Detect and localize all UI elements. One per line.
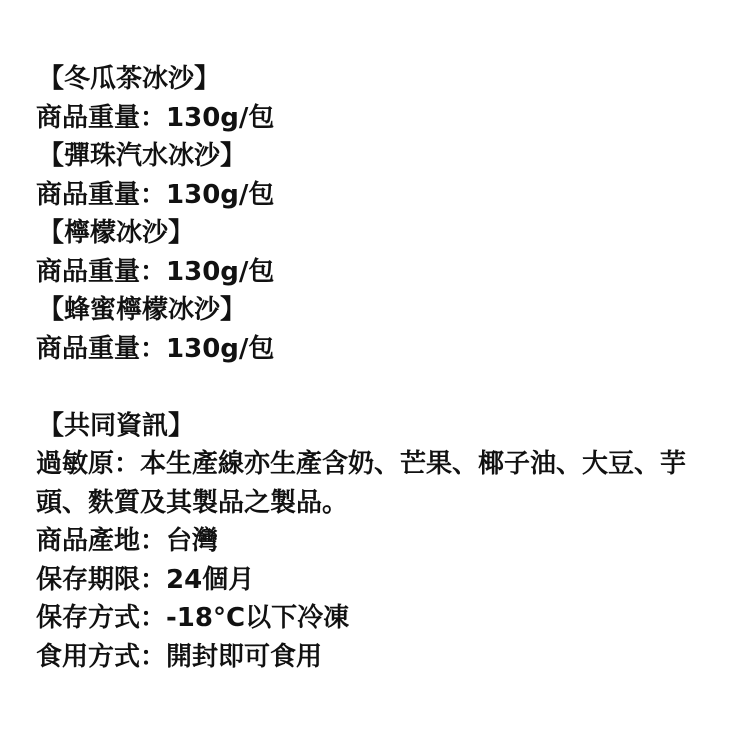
weight-value: 130g/包 (166, 180, 274, 210)
origin-info: 商品產地：台灣 (36, 522, 716, 561)
storage-info: 保存方式：-18°C以下冷凍 (36, 599, 716, 638)
weight-value: 130g/包 (166, 257, 274, 287)
product-weight: 商品重量：130g/包 (36, 99, 716, 138)
weight-value: 130g/包 (166, 103, 274, 133)
product-block-lemon: 【檸檬冰沙】 商品重量：130g/包 (36, 214, 716, 291)
shelf-life-info: 保存期限：24個月 (36, 561, 716, 600)
common-info-section: 【共同資訊】 過敏原：本生產線亦生產含奶、芒果、椰子油、大豆、芋頭、麩質及其製品… (36, 407, 716, 677)
usage-info: 食用方式：開封即可食用 (36, 638, 716, 677)
shelf-life-label: 保存期限： (36, 565, 166, 595)
origin-value: 台灣 (166, 526, 218, 556)
weight-value: 130g/包 (166, 334, 274, 364)
product-name: 【彈珠汽水冰沙】 (38, 137, 716, 176)
common-info-heading: 【共同資訊】 (38, 407, 716, 446)
storage-label: 保存方式： (36, 603, 166, 633)
weight-label: 商品重量： (36, 180, 166, 210)
product-name: 【蜂蜜檸檬冰沙】 (38, 291, 716, 330)
allergen-label: 過敏原： (36, 449, 140, 479)
weight-label: 商品重量： (36, 103, 166, 133)
storage-value: -18°C以下冷凍 (166, 603, 349, 633)
shelf-life-value: 24個月 (166, 565, 254, 595)
product-block-winter-melon: 【冬瓜茶冰沙】 商品重量：130g/包 (36, 60, 716, 137)
product-weight: 商品重量：130g/包 (36, 330, 716, 369)
product-name: 【檸檬冰沙】 (38, 214, 716, 253)
section-spacer (36, 368, 716, 407)
product-weight: 商品重量：130g/包 (36, 176, 716, 215)
product-block-ramune-soda: 【彈珠汽水冰沙】 商品重量：130g/包 (36, 137, 716, 214)
origin-label: 商品產地： (36, 526, 166, 556)
weight-label: 商品重量： (36, 334, 166, 364)
allergen-info: 過敏原：本生產線亦生產含奶、芒果、椰子油、大豆、芋頭、麩質及其製品之製品。 (36, 445, 696, 522)
weight-label: 商品重量： (36, 257, 166, 287)
product-weight: 商品重量：130g/包 (36, 253, 716, 292)
product-block-honey-lemon: 【蜂蜜檸檬冰沙】 商品重量：130g/包 (36, 291, 716, 368)
product-info-document: 【冬瓜茶冰沙】 商品重量：130g/包 【彈珠汽水冰沙】 商品重量：130g/包… (36, 60, 716, 676)
product-name: 【冬瓜茶冰沙】 (38, 60, 716, 99)
usage-value: 開封即可食用 (166, 642, 322, 672)
usage-label: 食用方式： (36, 642, 166, 672)
